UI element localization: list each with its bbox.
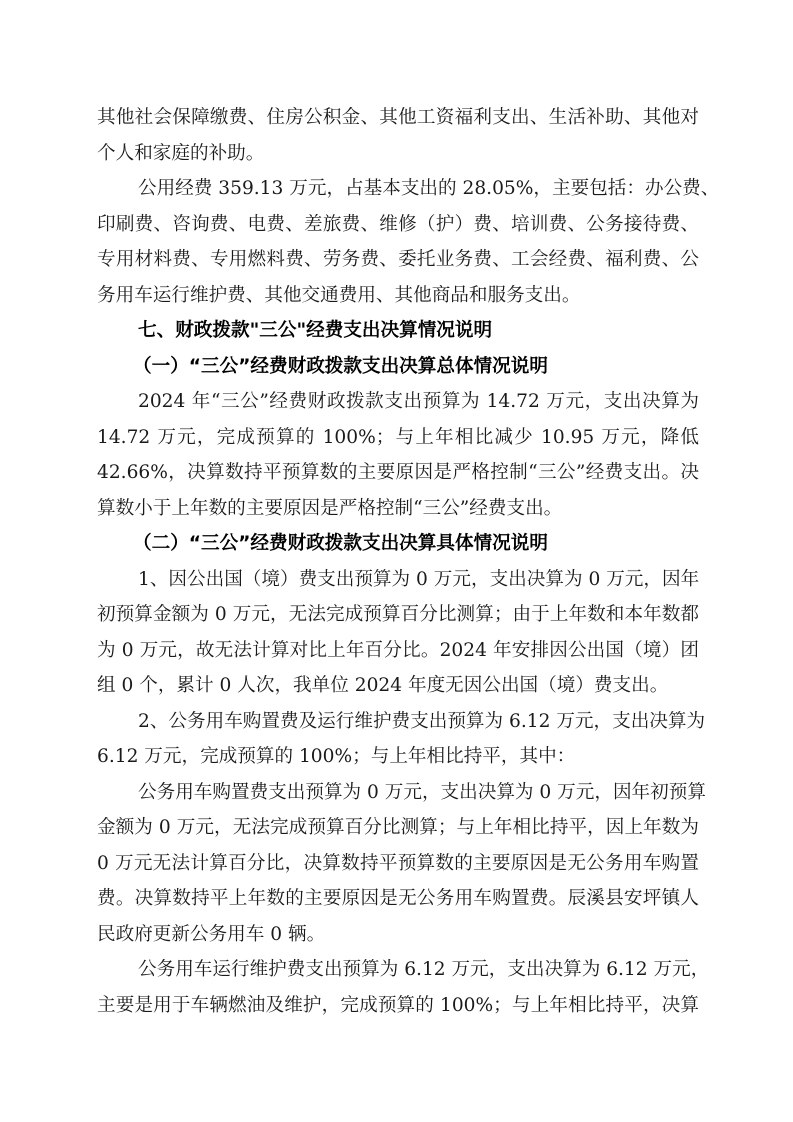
paragraph-line: 专用材料费、专用燃料费、劳务费、委托业务费、工会经费、福利费、公 — [97, 242, 699, 278]
paragraph-line: 2、公务用车购置费及运行维护费支出预算为 6.12 万元，支出决算为 — [97, 704, 699, 740]
paragraph-line: 公务用车运行维护费支出预算为 6.12 万元，支出决算为 6.12 万元， — [97, 952, 699, 988]
paragraph-line: 1、因公出国（境）费支出预算为 0 万元，支出决算为 0 万元，因年 — [97, 562, 699, 598]
paragraph-line: 6.12 万元，完成预算的 100%；与上年相比持平，其中： — [97, 739, 699, 775]
paragraph-line: 主要是用于车辆燃油及维护，完成预算的 100%；与上年相比持平，决算 — [97, 988, 699, 1024]
paragraph-line: 金额为 0 万元，无法完成预算百分比测算；与上年相比持平，因上年数为 — [97, 810, 699, 846]
paragraph-line: 费。决算数持平上年数的主要原因是无公务用车购置费。辰溪县安坪镇人 — [97, 881, 699, 917]
paragraph-line: 为 0 万元，故无法计算对比上年百分比。2024 年安排因公出国（境）团 — [97, 633, 699, 669]
paragraph-line: 初预算金额为 0 万元，无法完成预算百分比测算；由于上年数和本年数都 — [97, 597, 699, 633]
paragraph-line: 公务用车购置费支出预算为 0 万元，支出决算为 0 万元，因年初预算 — [97, 775, 699, 811]
subsection-heading-2: （二）“三公”经费财政拨款支出决算具体情况说明 — [97, 526, 699, 562]
section-heading-7: 七、财政拨款"三公"经费支出决算情况说明 — [97, 313, 699, 349]
paragraph-line: 公用经费 359.13 万元，占基本支出的 28.05%，主要包括：办公费、 — [97, 171, 699, 207]
paragraph-line: 民政府更新公务用车 0 辆。 — [97, 917, 699, 953]
paragraph-line: 个人和家庭的补助。 — [97, 136, 699, 172]
document-body: 其他社会保障缴费、住房公积金、其他工资福利支出、生活补助、其他对 个人和家庭的补… — [97, 100, 699, 1023]
document-page: 其他社会保障缴费、住房公积金、其他工资福利支出、生活补助、其他对 个人和家庭的补… — [0, 0, 793, 1122]
paragraph-line: 算数小于上年数的主要原因是严格控制“三公”经费支出。 — [97, 491, 699, 527]
paragraph-line: 2024 年“三公”经费财政拨款支出预算为 14.72 万元，支出决算为 — [97, 384, 699, 420]
paragraph-line: 印刷费、咨询费、电费、差旅费、维修（护）费、培训费、公务接待费、 — [97, 207, 699, 243]
paragraph-line: 其他社会保障缴费、住房公积金、其他工资福利支出、生活补助、其他对 — [97, 100, 699, 136]
paragraph-line: 组 0 个，累计 0 人次，我单位 2024 年度无因公出国（境）费支出。 — [97, 668, 699, 704]
subsection-heading-1: （一）“三公”经费财政拨款支出决算总体情况说明 — [97, 349, 699, 385]
paragraph-line: 42.66%，决算数持平预算数的主要原因是严格控制“三公”经费支出。决 — [97, 455, 699, 491]
paragraph-line: 务用车运行维护费、其他交通费用、其他商品和服务支出。 — [97, 278, 699, 314]
paragraph-line: 14.72 万元，完成预算的 100%；与上年相比减少 10.95 万元，降低 — [97, 420, 699, 456]
paragraph-line: 0 万元无法计算百分比，决算数持平预算数的主要原因是无公务用车购置 — [97, 846, 699, 882]
